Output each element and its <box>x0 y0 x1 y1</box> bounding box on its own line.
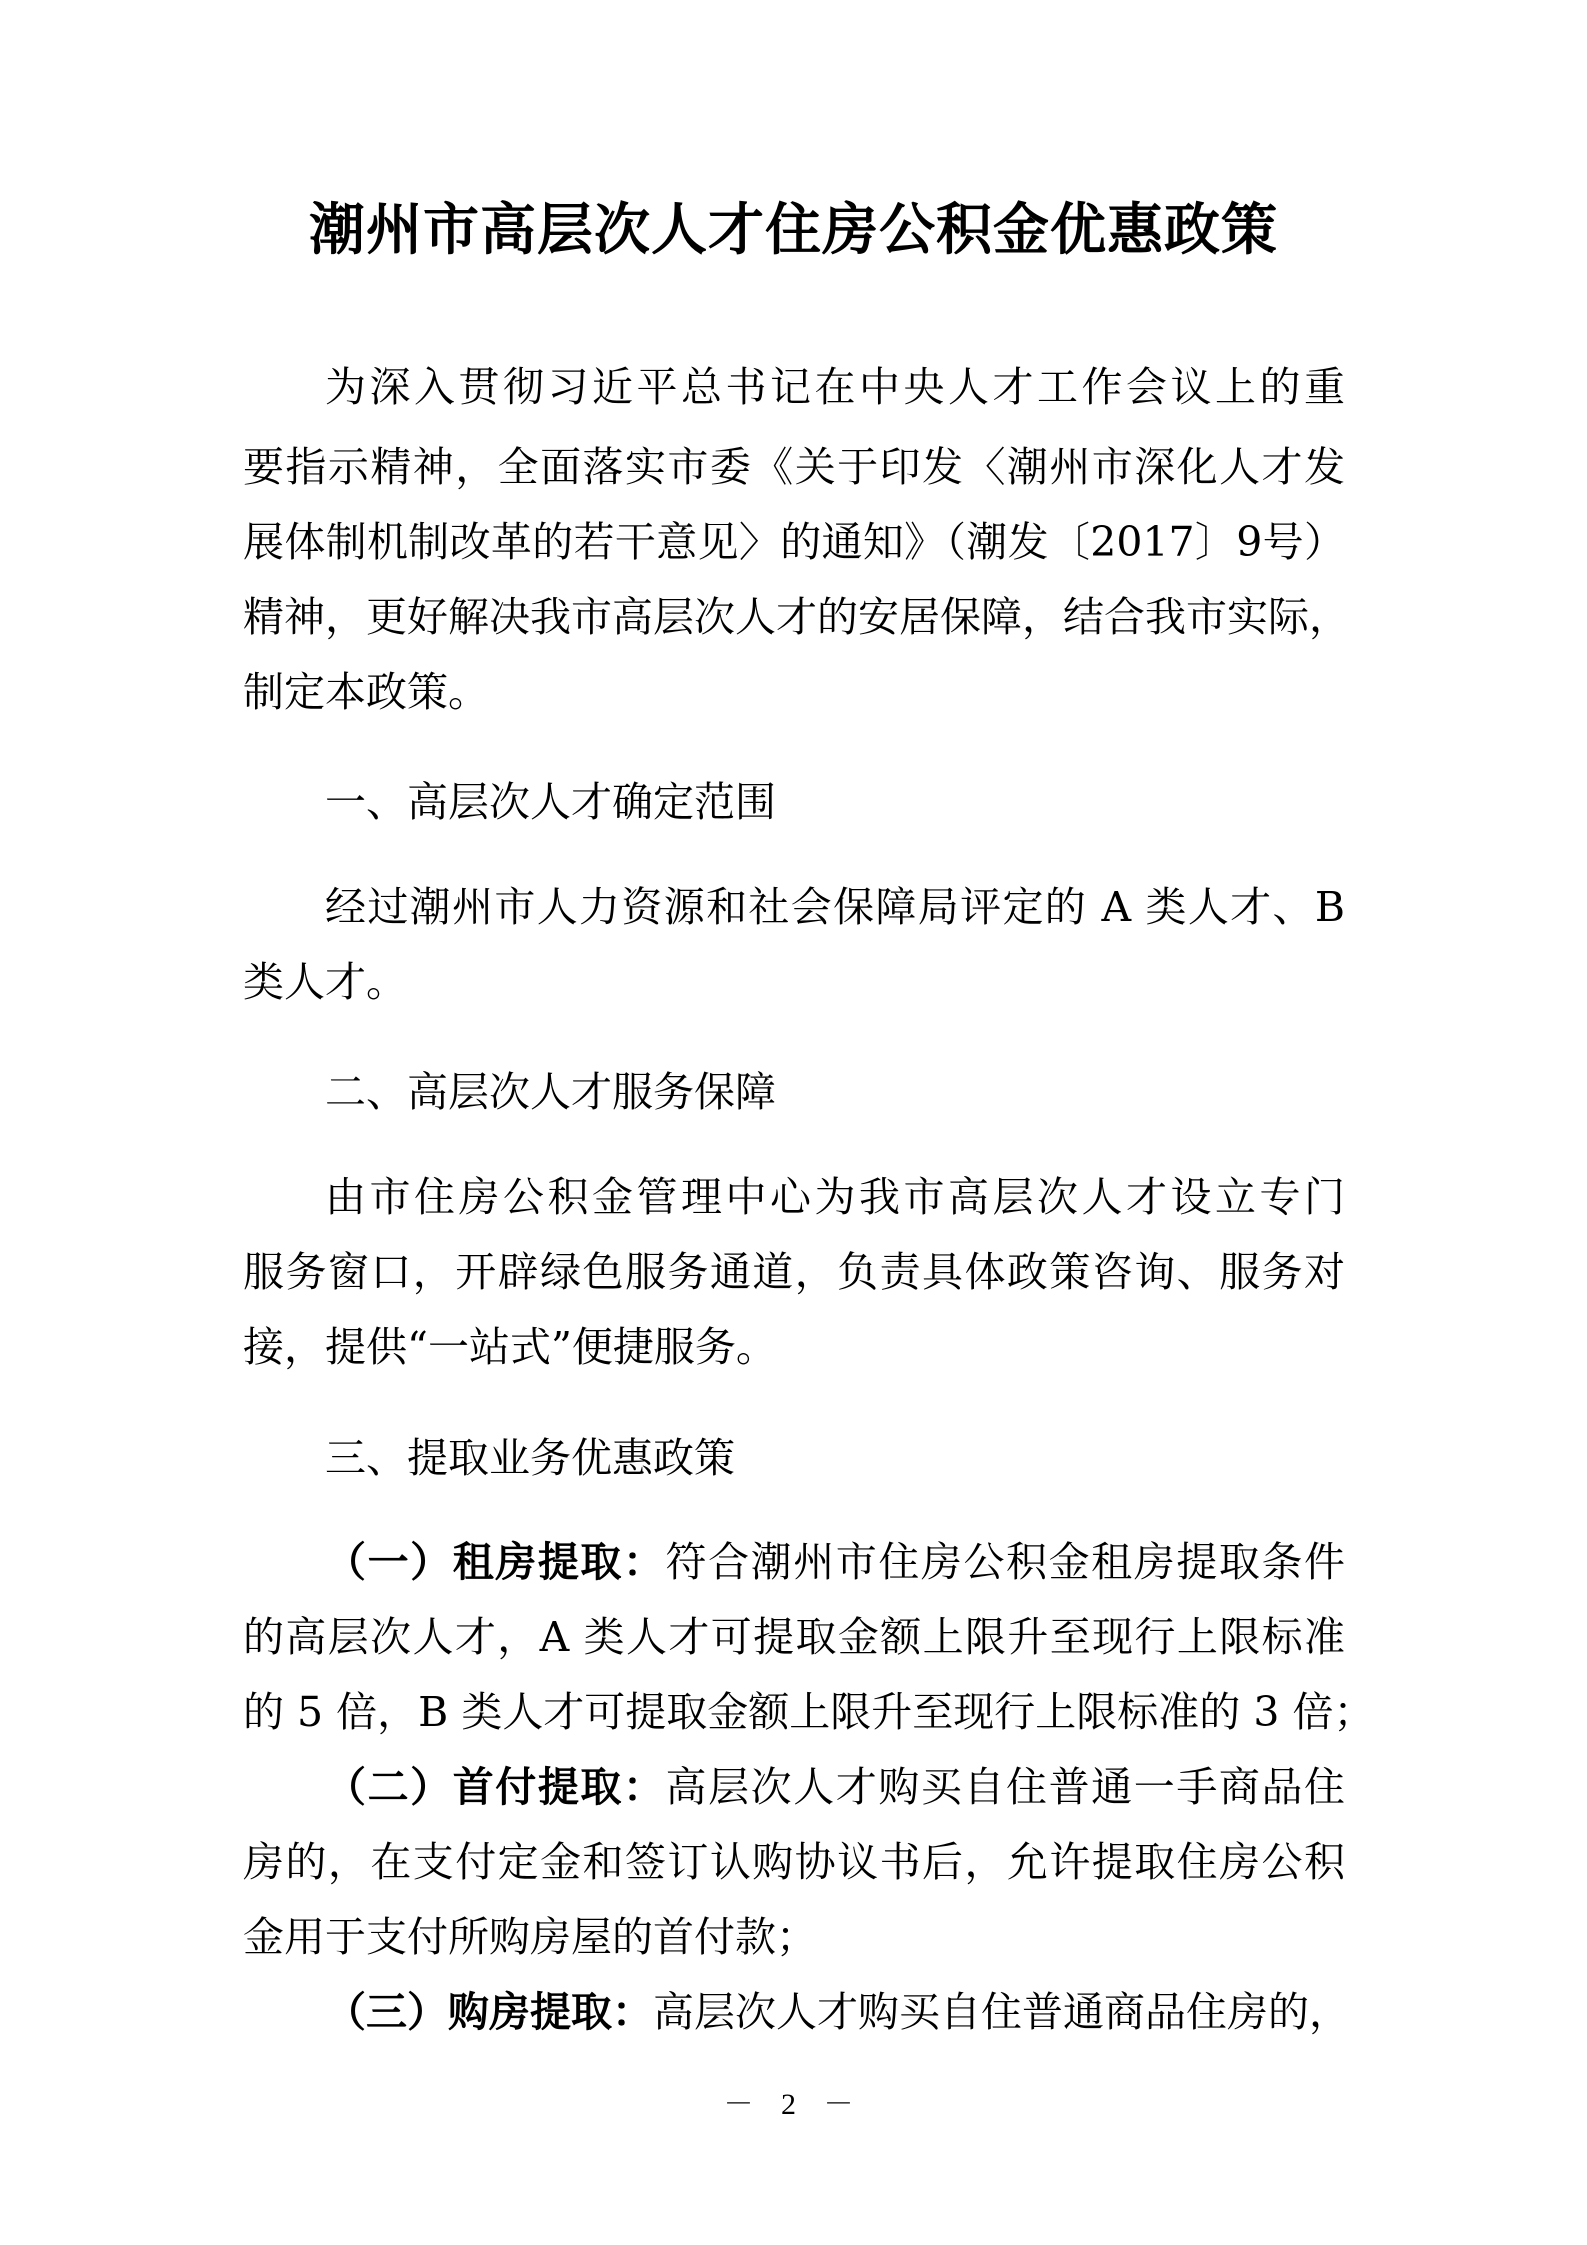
intro-line: 展体制机制改革的若干意见〉的通知》（潮发〔2017〕9号） <box>243 517 1345 567</box>
section-line: 由市住房公积金管理中心为我市高层次人才设立专门 <box>325 1172 1345 1222</box>
intro-line: 为深入贯彻习近平总书记在中央人才工作会议上的重 <box>325 362 1345 412</box>
policy-item-line: 的 5 倍，B 类人才可提取金额上限升至现行上限标准的 3 倍； <box>243 1687 1345 1737</box>
section-line: 服务窗口，开辟绿色服务通道，负责具体政策咨询、服务对 <box>243 1247 1345 1297</box>
policy-item-text: 高层次人才购买自住普通一手商品住 <box>666 1763 1345 1811</box>
policy-item-line: 的高层次人才，A 类人才可提取金额上限升至现行上限标准 <box>243 1612 1345 1662</box>
policy-item-line: 金用于支付所购房屋的首付款； <box>243 1912 1345 1962</box>
policy-item-text: 符合潮州市住房公积金租房提取条件 <box>666 1538 1345 1586</box>
section-line: 类人才。 <box>243 957 1345 1007</box>
intro-line: 精神，更好解决我市高层次人才的安居保障，结合我市实际， <box>243 592 1345 642</box>
policy-item-text: 高层次人才购买自住普通商品住房的， <box>653 1988 1350 2036</box>
policy-item-purchase: （三）购房提取：高层次人才购买自住普通商品住房的， <box>325 1987 1345 2037</box>
section-heading-scope: 一、高层次人才确定范围 <box>325 777 776 827</box>
intro-line: 制定本政策。 <box>243 667 1345 717</box>
intro-line: 要指示精神，全面落实市委《关于印发〈潮州市深化人才发 <box>243 442 1345 492</box>
document-title: 潮州市高层次人才住房公积金优惠政策 <box>0 195 1587 265</box>
document-page: 潮州市高层次人才住房公积金优惠政策 为深入贯彻习近平总书记在中央人才工作会议上的… <box>0 0 1587 2245</box>
policy-item-down-payment: （二）首付提取：高层次人才购买自住普通一手商品住 <box>325 1762 1345 1812</box>
page-number: － 2 － <box>0 2085 1587 2125</box>
section-line: 接，提供“一站式”便捷服务。 <box>243 1322 1345 1372</box>
policy-item-lead: （三）购房提取： <box>325 1988 653 2036</box>
section-heading-withdrawal: 三、提取业务优惠政策 <box>325 1433 735 1483</box>
policy-item-lead: （一）租房提取： <box>325 1538 666 1586</box>
policy-item-lead: （二）首付提取： <box>325 1763 666 1811</box>
section-line: 经过潮州市人力资源和社会保障局评定的 A 类人才、B <box>325 882 1345 932</box>
section-heading-service: 二、高层次人才服务保障 <box>325 1067 776 1117</box>
policy-item-line: 房的，在支付定金和签订认购协议书后，允许提取住房公积 <box>243 1837 1345 1887</box>
policy-item-rent: （一）租房提取：符合潮州市住房公积金租房提取条件 <box>325 1537 1345 1587</box>
